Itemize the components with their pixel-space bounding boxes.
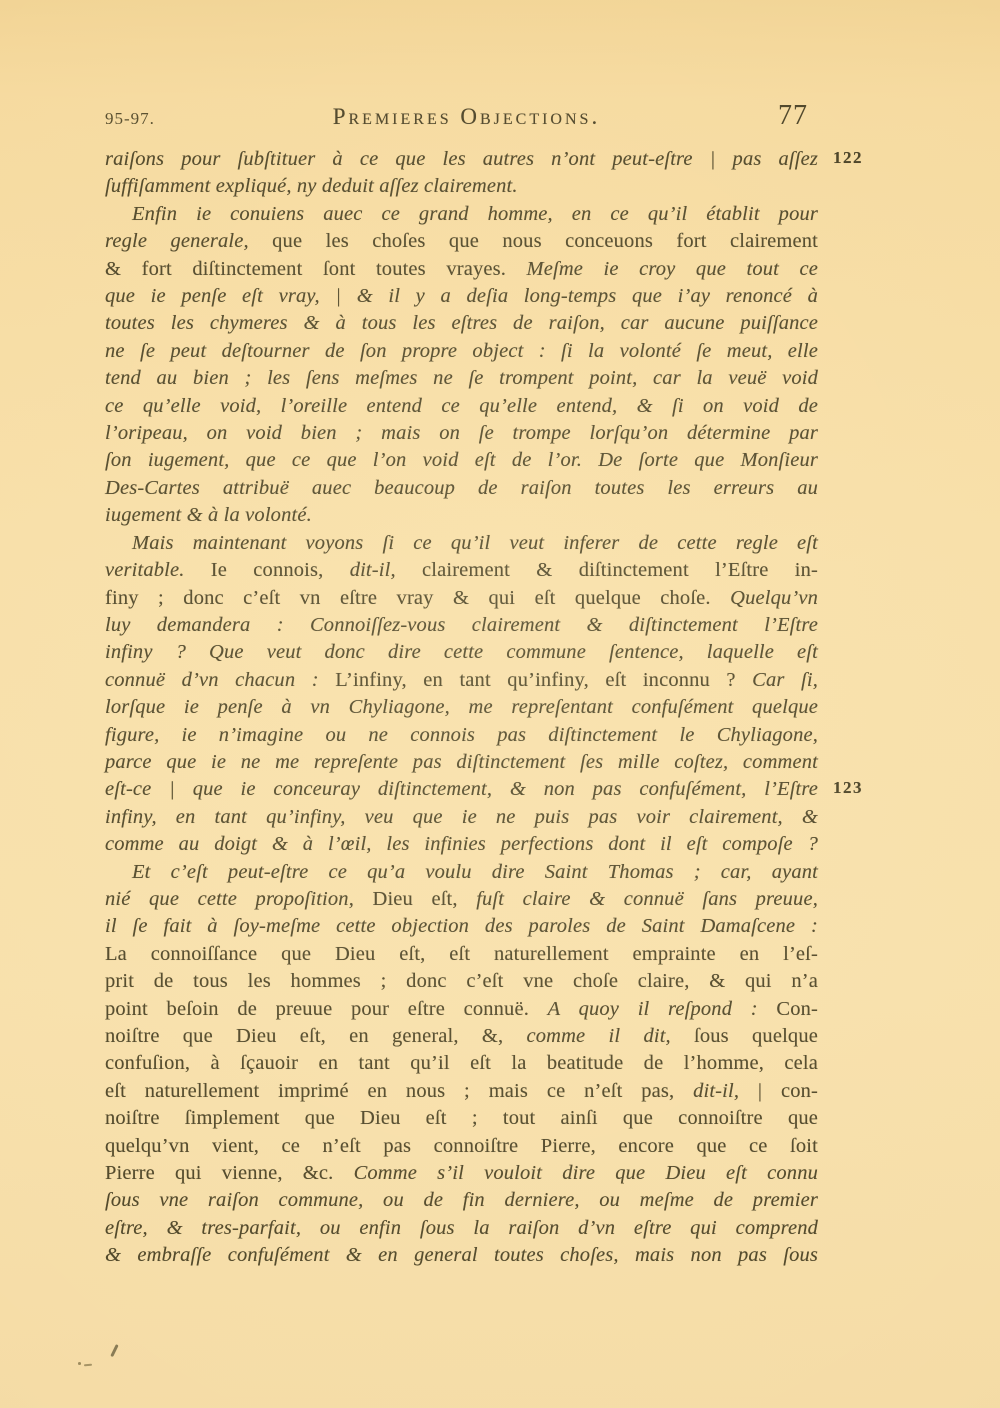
text-line: parce que ie ne me repreſente pas diſtin…	[105, 749, 818, 776]
text-line: Mais maintenant voyons ſi ce qu’il veut …	[105, 530, 818, 557]
text-segment: Ie connois,	[211, 559, 350, 581]
text-line: raiſons pour ſubſtituer à ce que les aut…	[105, 146, 818, 173]
text-segment: ſous quelque	[694, 1025, 818, 1047]
text-line: comme au doigt & à l’œil, les infinies p…	[105, 831, 818, 858]
text-line: La connoiſſance que Dieu eſt, eſt nature…	[105, 941, 818, 968]
text-line: toutes les chymeres & à tous les eſtres …	[105, 310, 818, 337]
text-segment: ſous vne raiſon commune, ou de fin derni…	[105, 1189, 818, 1211]
text-segment: iugement & à la volonté.	[105, 504, 312, 526]
text-line: & embraſſe confuſément & en general tout…	[105, 1242, 818, 1269]
text-line: nié que cette propoſition, Dieu eſt, fuſ…	[105, 886, 818, 913]
text-segment: figure, ie n’imagine ou ne connois pas d…	[105, 724, 818, 746]
text-segment: Meſme ie croy que tout ce	[527, 258, 818, 280]
text-segment: veritable.	[105, 559, 211, 581]
ink-speck-slash	[110, 1344, 118, 1357]
text-segment: Quelqu’vn	[730, 587, 818, 609]
text-segment: que ie penſe eſt vray, | & il y a deſia …	[105, 285, 818, 307]
text-segment: Enfin ie conuiens auec ce grand homme, e…	[132, 203, 818, 225]
ink-speck-dot	[78, 1362, 81, 1365]
text-segment: noiſtre que Dieu eſt, en general, &,	[105, 1025, 527, 1047]
text-segment: La connoiſſance que Dieu eſt, eſt nature…	[105, 943, 818, 965]
text-segment: raiſons pour ſubſtituer à ce que les aut…	[105, 148, 818, 170]
text-segment: lorſque ie penſe à vn Chyliagone, me rep…	[105, 696, 818, 718]
text-line: noiſtre que Dieu eſt, en general, &, com…	[105, 1023, 818, 1050]
text-line: eſt naturellement imprimé en nous ; mais…	[105, 1078, 818, 1105]
text-segment: eſtre, & tres-parfait, ou enfin ſous la …	[105, 1217, 818, 1239]
text-line: infiny ? Que veut donc dire cette commun…	[105, 639, 818, 666]
text-line: regle generale, que les choſes que nous …	[105, 228, 818, 255]
text-line: confuſion, à ſçauoir en tant qu’il eſt l…	[105, 1050, 818, 1077]
text-line: ce qu’elle void, l’oreille entend ce qu’…	[105, 393, 818, 420]
text-segment: luy demandera : Connoiſſez-vous claireme…	[105, 614, 818, 636]
text-segment: eſt naturellement imprimé en nous ; mais…	[105, 1080, 693, 1102]
text-segment: noiſtre ſimplement que Dieu eſt ; tout a…	[105, 1107, 818, 1129]
text-line: Pierre qui vienne, &c. Comme s’il vouloi…	[105, 1160, 818, 1187]
text-line: ne ſe peut deſtourner de ſon propre obje…	[105, 338, 818, 365]
text-segment: ne ſe peut deſtourner de ſon propre obje…	[105, 340, 818, 362]
text-segment: comme au doigt & à l’œil, les infinies p…	[105, 833, 818, 855]
header-pagination: 95-97.	[105, 109, 155, 129]
text-segment: & embraſſe confuſément & en general tout…	[105, 1244, 818, 1266]
text-segment: eſt-ce | que ie conceuray diſtinctement,…	[105, 778, 818, 800]
text-segment: finy ; donc c’eſt vn eſtre vray & qui eſ…	[105, 587, 730, 609]
text-line: ſuffiſamment expliqué, ny deduit aſſez c…	[105, 173, 818, 200]
text-segment: A quoy il reſpond :	[548, 998, 777, 1020]
header-title: Premieres Objections.	[333, 104, 600, 130]
text-line: l’oripeau, on void bien ; mais on ſe tro…	[105, 420, 818, 447]
margin-page-number: 122	[833, 148, 863, 168]
text-line: il ſe fait à ſoy-meſme cette objection d…	[105, 913, 818, 940]
text-line: eſtre, & tres-parfait, ou enfin ſous la …	[105, 1215, 818, 1242]
text-line: connuë d’vn chacun : L’infiny, en tant q…	[105, 667, 818, 694]
text-line: figure, ie n’imagine ou ne connois pas d…	[105, 722, 818, 749]
text-line: iugement & à la volonté.	[105, 502, 818, 529]
text-segment: ſon iugement, que ce que l’on void eſt d…	[105, 449, 818, 471]
text-segment: point beſoin de preuue pour eſtre connuë…	[105, 998, 548, 1020]
text-segment: toutes les chymeres & à tous les eſtres …	[105, 312, 818, 334]
text-segment: L’infiny, en tant qu’infiny, eſt inconnu…	[335, 669, 752, 691]
text-segment: ce qu’elle void, l’oreille entend ce qu’…	[105, 395, 818, 417]
body-text: raiſons pour ſubſtituer à ce que les aut…	[105, 146, 818, 1270]
text-segment: que les choſes que nous conceuons fort c…	[272, 230, 818, 252]
text-line: finy ; donc c’eſt vn eſtre vray & qui eſ…	[105, 585, 818, 612]
text-segment: Con-	[776, 998, 818, 1020]
text-line: tend au bien ; les ſens meſmes ne ſe tro…	[105, 365, 818, 392]
text-segment: nié que cette propoſition,	[105, 888, 372, 910]
text-segment: regle generale,	[105, 230, 272, 252]
text-segment: Et c’eſt peut-eſtre ce qu’a voulu dire S…	[132, 861, 818, 883]
text-segment: fuſt claire & connuë ſans preuue,	[476, 888, 818, 910]
text-segment: | con-	[758, 1080, 818, 1102]
text-segment: confuſion, à ſçauoir en tant qu’il eſt l…	[105, 1052, 818, 1074]
text-line: veritable. Ie connois, dit-il, clairemen…	[105, 557, 818, 584]
text-line: quelqu’vn vient, ce n’eſt pas connoiſtre…	[105, 1133, 818, 1160]
text-line: point beſoin de preuue pour eſtre connuë…	[105, 996, 818, 1023]
text-segment: quelqu’vn vient, ce n’eſt pas connoiſtre…	[105, 1135, 818, 1157]
header-folio: 77	[778, 100, 808, 132]
text-line: lorſque ie penſe à vn Chyliagone, me rep…	[105, 694, 818, 721]
text-segment: Car ſi,	[752, 669, 818, 691]
text-segment: infiny, en tant qu’infiny, veu que ie ne…	[105, 806, 818, 828]
text-line: infiny, en tant qu’infiny, veu que ie ne…	[105, 804, 818, 831]
text-line: Des-Cartes attribuë auec beaucoup de rai…	[105, 475, 818, 502]
text-line: noiſtre ſimplement que Dieu eſt ; tout a…	[105, 1105, 818, 1132]
text-line: ſon iugement, que ce que l’on void eſt d…	[105, 447, 818, 474]
text-segment: & fort diſtinctement ſont toutes vrayes.	[105, 258, 527, 280]
text-segment: Pierre qui vienne, &c.	[105, 1162, 354, 1184]
text-line: ſous vne raiſon commune, ou de fin derni…	[105, 1187, 818, 1214]
text-segment: dit-il,	[693, 1080, 758, 1102]
running-head: 95-97. Premieres Objections. 77	[105, 100, 818, 132]
text-segment: connuë d’vn chacun :	[105, 669, 335, 691]
text-line: prit de tous les hommes ; donc c’eſt vne…	[105, 968, 818, 995]
text-line: Enfin ie conuiens auec ce grand homme, e…	[105, 201, 818, 228]
ink-speck-dash	[84, 1364, 92, 1367]
margin-page-number: 123	[833, 778, 863, 798]
text-segment: dit-il,	[350, 559, 422, 581]
text-segment: Dieu eſt,	[372, 888, 476, 910]
text-line: eſt-ce | que ie conceuray diſtinctement,…	[105, 776, 818, 803]
text-segment: infiny ? Que veut donc dire cette commun…	[105, 641, 818, 663]
text-segment: l’oripeau, on void bien ; mais on ſe tro…	[105, 422, 818, 444]
book-page-scan: 95-97. Premieres Objections. 77 raiſons …	[0, 0, 1000, 1408]
text-segment: parce que ie ne me repreſente pas diſtin…	[105, 751, 818, 773]
text-segment: prit de tous les hommes ; donc c’eſt vne…	[105, 970, 818, 992]
text-segment: ſuffiſamment expliqué, ny deduit aſſez c…	[105, 175, 518, 197]
text-segment: comme il dit,	[527, 1025, 695, 1047]
text-segment: Comme s’il vouloit dire que Dieu eſt con…	[354, 1162, 818, 1184]
text-segment: il ſe fait à ſoy-meſme cette objection d…	[105, 915, 818, 937]
text-line: Et c’eſt peut-eſtre ce qu’a voulu dire S…	[105, 859, 818, 886]
text-line: que ie penſe eſt vray, | & il y a deſia …	[105, 283, 818, 310]
text-line: luy demandera : Connoiſſez-vous claireme…	[105, 612, 818, 639]
text-segment: clairement & diſtinctement l’Eſtre in-	[422, 559, 818, 581]
text-segment: tend au bien ; les ſens meſmes ne ſe tro…	[105, 367, 818, 389]
text-segment: Mais maintenant voyons ſi ce qu’il veut …	[132, 532, 818, 554]
text-line: & fort diſtinctement ſont toutes vrayes.…	[105, 256, 818, 283]
text-segment: Des-Cartes attribuë auec beaucoup de rai…	[105, 477, 818, 499]
